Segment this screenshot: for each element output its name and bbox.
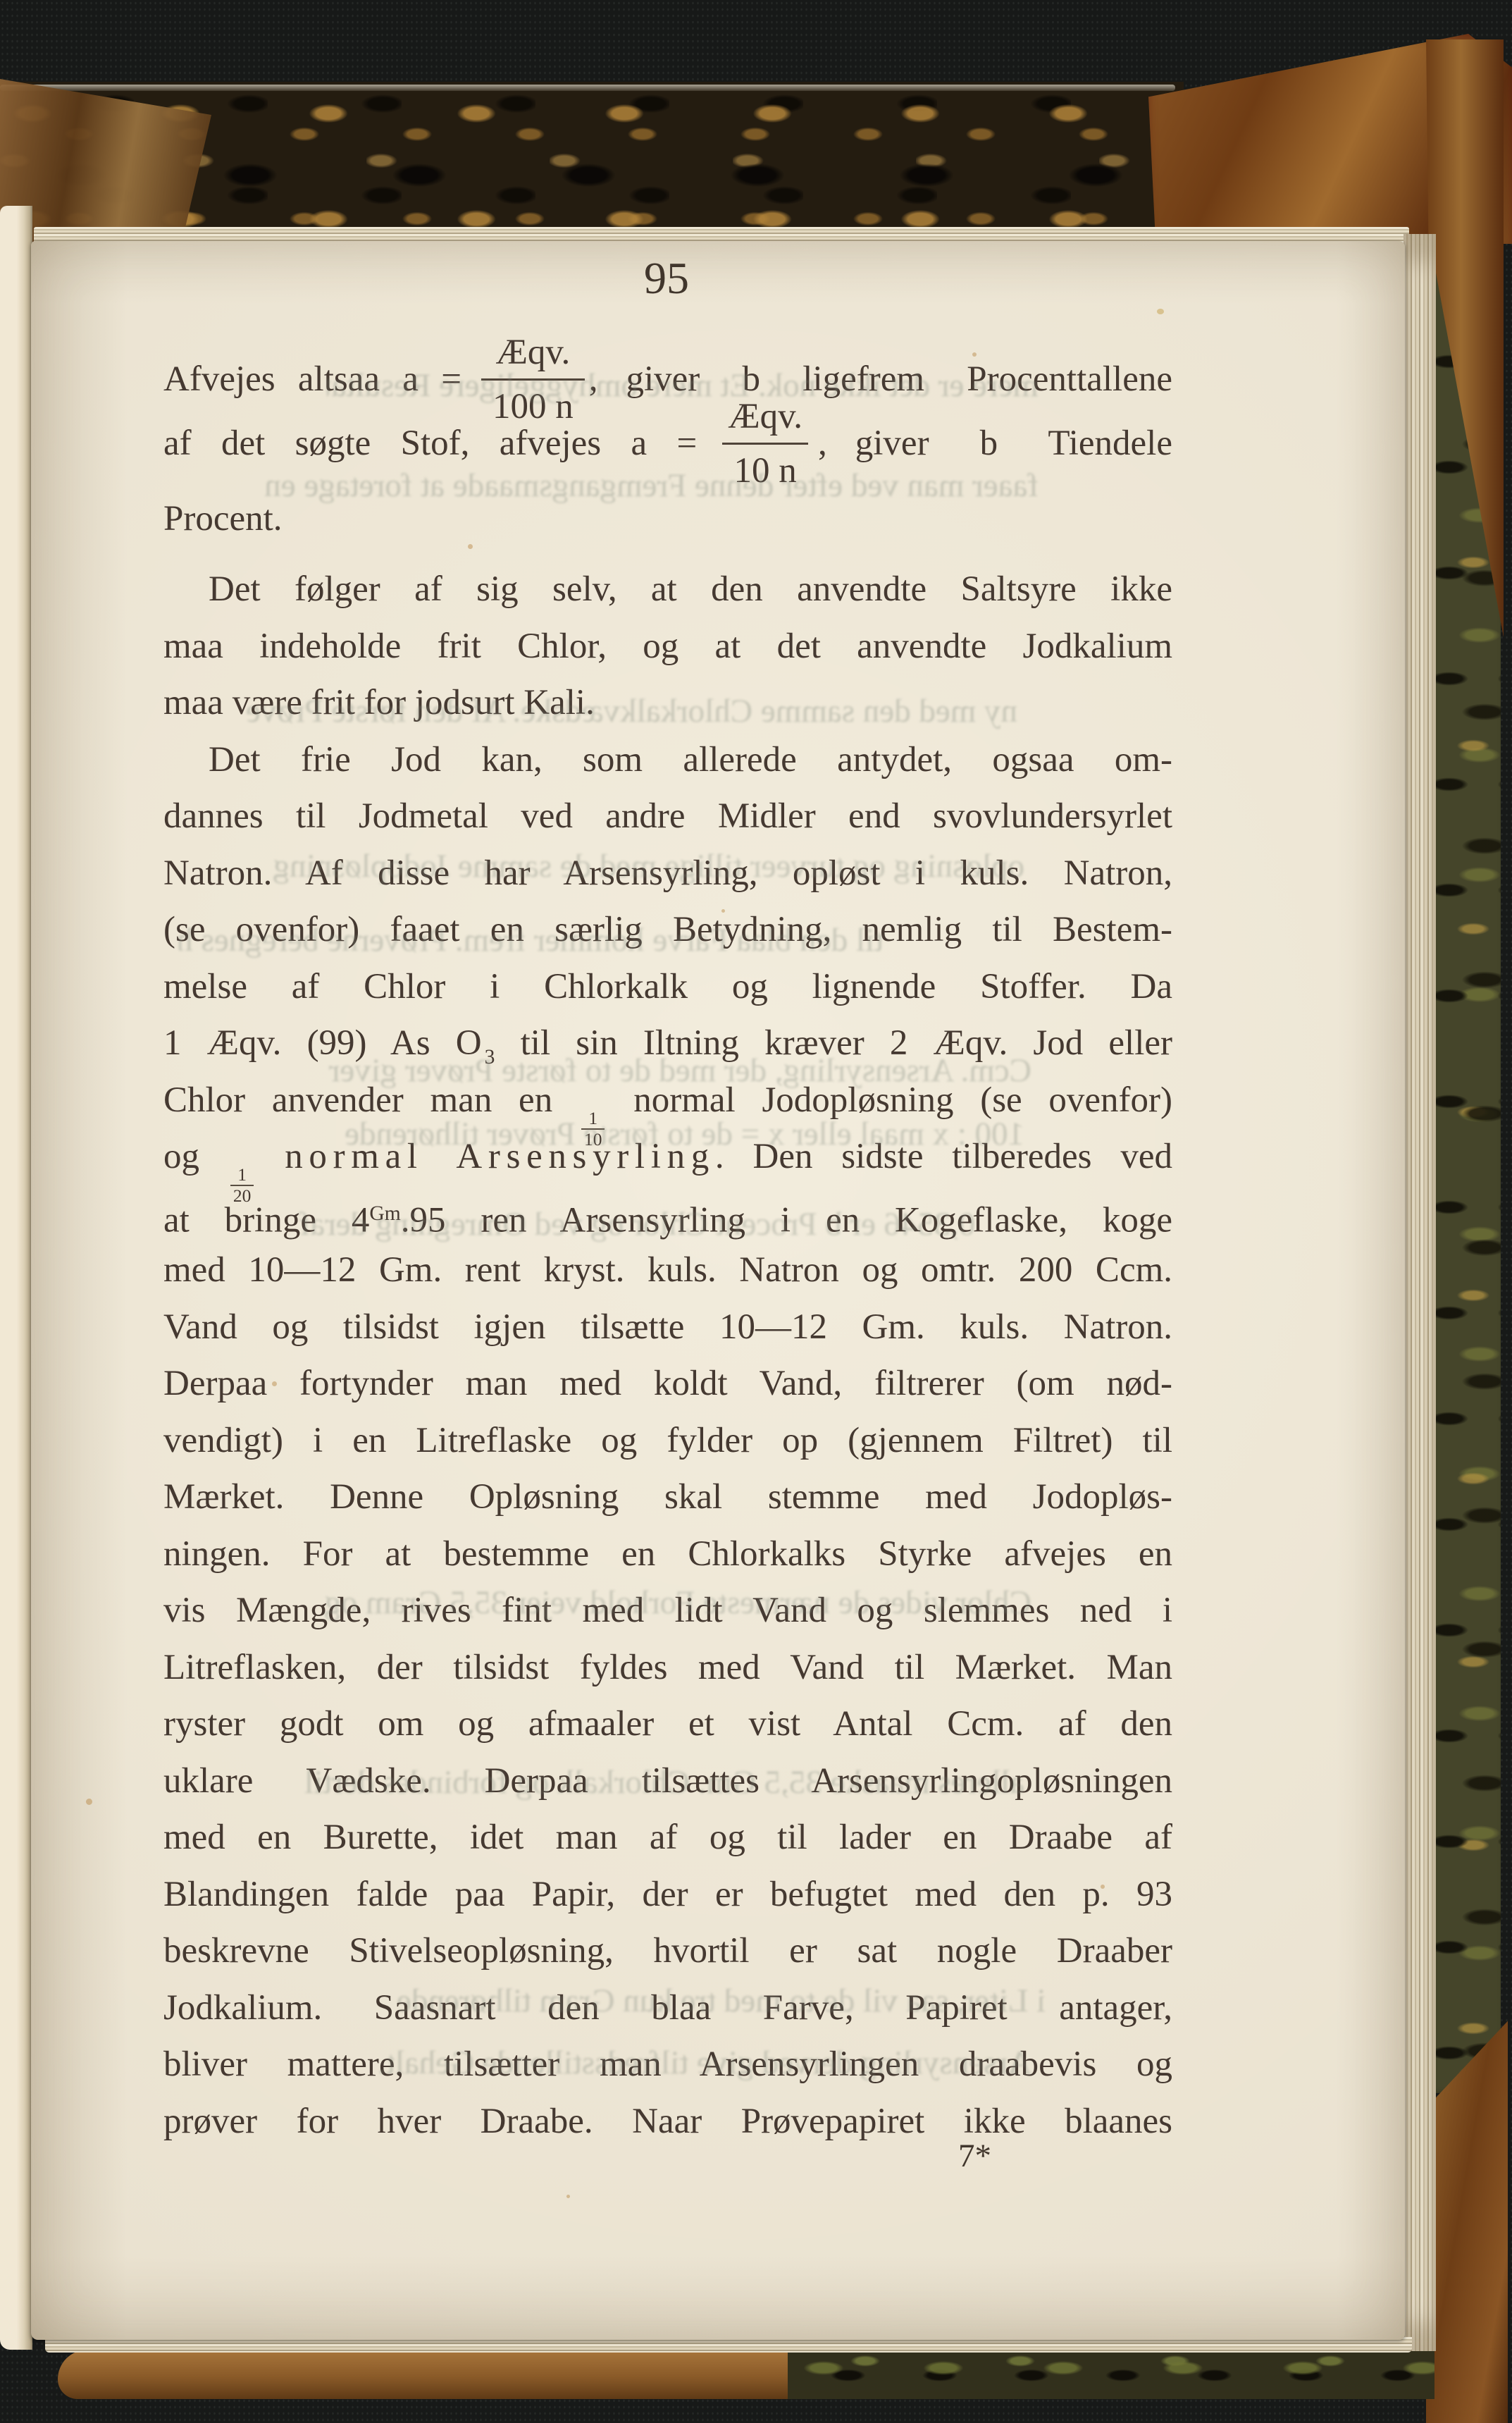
foxing-spot	[972, 352, 977, 357]
show-through-text: alleres maaske 35,5 Gm. Chlorkalk og for…	[214, 1763, 1024, 1801]
show-through-text: Arsensyrling derved give tilfredsstillen…	[327, 2044, 1031, 2082]
text-line: Blandingen falde paa Papir, der er befug…	[163, 1866, 1172, 1924]
foxing-spot	[566, 2195, 570, 2198]
text-line: vendigt) i en Litreflaske og fylder op (…	[163, 1412, 1172, 1470]
text-line: melse af Chlor i Chlorkalk og lignende S…	[163, 958, 1172, 1016]
signature-mark: 7*	[958, 2137, 991, 2175]
foxing-spot	[272, 1381, 277, 1386]
foxing-spot	[1101, 1885, 1105, 1889]
text-line: prøver for hver Draabe. Naar Prøvepapire…	[163, 2093, 1172, 2151]
leather-bottom-edge	[58, 2350, 805, 2399]
text-line: beskrevne Stivelseopløsning, hvortil er …	[163, 1923, 1172, 1980]
foxing-spot	[721, 909, 725, 913]
show-through-text: Chlor vides de nærmeste Forhold vejer 35…	[242, 1584, 1031, 1622]
show-through-text: faaer man ved efter denne Fremgangsmaade…	[193, 467, 1039, 505]
text-line: dannes til Jodmetal ved andre Midler end…	[163, 788, 1172, 846]
foxing-spot	[1157, 309, 1164, 314]
show-through-text: 100 : x maal eller x = de to første Prøv…	[214, 1115, 1024, 1153]
text-line: med 10—12 Gm. rent kryst. kuls. Natron o…	[163, 1242, 1172, 1300]
show-through-text: ny med den samme Chlorkalkvædske. Af den…	[207, 692, 1017, 730]
show-through-text: 0,3546 er b Procent Chlor og ved Omregni…	[200, 1205, 975, 1243]
show-through-text: Ccm. Arsensyrling, der med de to første …	[327, 1052, 1031, 1090]
foxing-spot	[468, 544, 473, 549]
text-line: Det frie Jod kan, som allerede antydet, …	[163, 732, 1172, 789]
formula-2-post: giver b Tiendele	[855, 423, 1172, 464]
page-number: 95	[603, 254, 730, 303]
text-line: Det følger af sig selv, at den anvendte …	[163, 561, 1172, 619]
foxing-spot	[86, 1799, 92, 1805]
page-stack-edges-right	[1403, 234, 1436, 2351]
show-through-text: til den blaa Farve kommer frem. Prøverne…	[179, 921, 884, 959]
text-line: Mærket. Denne Opløsning skal stemme med …	[163, 1469, 1172, 1527]
show-through-text: mere er det ikke nok. Et mere omhyggelig…	[327, 366, 1039, 405]
gutter-page-edge	[0, 206, 32, 2350]
scan-background: { "page": { "number": "95", "signature_m…	[0, 0, 1512, 2423]
marbled-cover-bottom-edge	[788, 2348, 1434, 2399]
formula-2-pre: af det søgte Stof, afvejes a =	[163, 423, 697, 464]
text-line: Vand og tilsidst igjen tilsætte 10—12 Gm…	[163, 1299, 1172, 1357]
text-line: Litreflasken, der tilsidst fyldes med Va…	[163, 1639, 1172, 1697]
text-line: Derpaa fortynder man med koldt Vand, fil…	[163, 1355, 1172, 1413]
page: 95 Afvejes altsaa a = Æqv. 100 n , giver…	[31, 241, 1405, 2340]
show-through-text: i Liter, saa vil de to med tre kun Gram …	[271, 1982, 1046, 2020]
cover-top-edge-highlight	[0, 85, 1175, 91]
text-line: med en Burette, idet man af og til lader…	[163, 1809, 1172, 1867]
text-line: ryster godt om og afmaaler et vist Antal…	[163, 1696, 1172, 1753]
show-through-text: opløsning og turveer tillige med de samm…	[264, 847, 1024, 885]
text-line: ningen. For at bestemme en Chlorkalks St…	[163, 1526, 1172, 1584]
text-line: maa indeholde frit Chlor, og at det anve…	[163, 618, 1172, 676]
formula-2-comma: ,	[818, 423, 827, 464]
